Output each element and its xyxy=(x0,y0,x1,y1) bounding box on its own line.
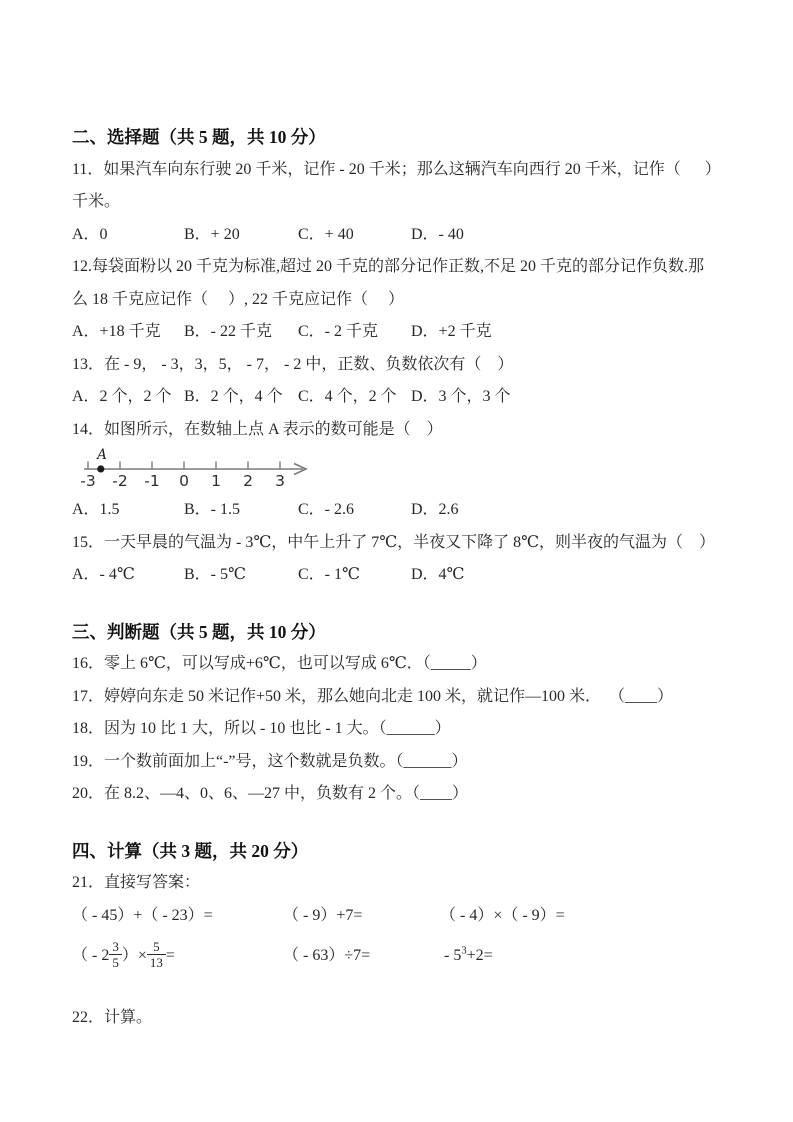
question-13-option-a: A．2 个，2 个 xyxy=(72,381,184,414)
number-line-figure: A -3 -2 -1 0 1 2 3 xyxy=(72,448,733,490)
tick-label: -3 xyxy=(80,472,95,490)
question-12-options: A．+18 千克 B．- 22 千克 C．- 2 千克 D．+2 千克 xyxy=(72,316,733,349)
q21-expression-6: - 53+2= xyxy=(440,932,733,980)
question-11-line2: 千米。 xyxy=(72,186,733,219)
question-13-option-c: C．4 个，2 个 xyxy=(298,381,411,414)
question-12-line2: 么 18 千克应记作（ ）, 22 千克应记作（ ） xyxy=(72,284,733,317)
q21-expression-2: （ - 9）+7= xyxy=(283,900,440,933)
question-14-option-d: D．2.6 xyxy=(411,494,733,527)
point-a-dot xyxy=(97,465,104,472)
point-a-label: A xyxy=(95,448,107,463)
question-15-option-c: C．- 1℃ xyxy=(298,559,411,592)
question-14-option-a: A．1.5 xyxy=(72,494,184,527)
q21-expression-4: （ - 235）×513= xyxy=(72,932,283,980)
tick-label: -1 xyxy=(144,472,159,490)
question-11-options: A．0 B．+ 20 C．+ 40 D．- 40 xyxy=(72,219,733,252)
question-12-option-b: B．- 22 千克 xyxy=(184,316,298,349)
question-21-label: 21．直接写答案： xyxy=(72,867,733,900)
exam-document-page: 二、选择题（共 5 题，共 10 分） 11．如果汽车向东行驶 20 千米，记作… xyxy=(0,0,793,1122)
question-15-option-d: D．4℃ xyxy=(411,559,733,592)
tick-label: 0 xyxy=(179,472,189,490)
question-12-option-a: A．+18 千克 xyxy=(72,316,184,349)
question-21-row2: （ - 235）×513= （ - 63）÷7= - 53+2= xyxy=(72,932,733,980)
tick-label: 1 xyxy=(211,472,221,490)
question-12-option-d: D．+2 千克 xyxy=(411,316,733,349)
question-15-option-a: A．- 4℃ xyxy=(72,559,184,592)
fraction-5-13: 513 xyxy=(147,940,166,969)
question-13-option-d: D．3 个，3 个 xyxy=(411,381,733,414)
section-choice-heading: 二、选择题（共 5 题，共 10 分） xyxy=(72,121,733,154)
tick-label: 2 xyxy=(243,472,253,490)
fraction-3-5: 35 xyxy=(109,940,122,969)
number-line-svg: A -3 -2 -1 0 1 2 3 xyxy=(72,448,312,490)
question-14-line1: 14．如图所示，在数轴上点 A 表示的数可能是（ ） xyxy=(72,414,733,447)
q21-expression-1: （ - 45）+（ - 23）= xyxy=(72,900,283,933)
question-11-option-c: C．+ 40 xyxy=(298,219,411,252)
question-15-options: A．- 4℃ B．- 5℃ C．- 1℃ D．4℃ xyxy=(72,559,733,592)
tick-label: -2 xyxy=(112,472,127,490)
question-14-option-c: C．- 2.6 xyxy=(298,494,411,527)
question-22-label: 22．计算。 xyxy=(72,1002,733,1035)
question-15-line1: 15．一天早晨的气温为 - 3℃，中午上升了 7℃，半夜又下降了 8℃，则半夜的… xyxy=(72,527,733,560)
question-17: 17．婷婷向东走 50 米记作+50 米，那么她向北走 100 米，就记作—10… xyxy=(72,681,733,714)
question-18: 18．因为 10 比 1 大，所以 - 10 也比 - 1 大。（______） xyxy=(72,713,733,746)
question-19: 19．一个数前面加上“-”号，这个数就是负数。（______） xyxy=(72,746,733,779)
question-14-options: A．1.5 B．- 1.5 C．- 2.6 D．2.6 xyxy=(72,494,733,527)
question-11-option-b: B．+ 20 xyxy=(184,219,298,252)
question-16: 16．零上 6℃，可以写成+6℃，也可以写成 6℃．（_____） xyxy=(72,648,733,681)
section-calc-heading: 四、计算（共 3 题，共 20 分） xyxy=(72,835,733,868)
question-13-options: A．2 个，2 个 B．2 个，4 个 C．4 个，2 个 D．3 个，3 个 xyxy=(72,381,733,414)
question-12-line1: 12.每袋面粉以 20 千克为标准,超过 20 千克的部分记作正数,不足 20 … xyxy=(72,251,733,284)
question-13-line1: 13．在 - 9， - 3，3，5， - 7， - 2 中，正数、负数依次有（ … xyxy=(72,349,733,382)
question-11-line1: 11．如果汽车向东行驶 20 千米，记作 - 20 千米；那么这辆汽车向西行 2… xyxy=(72,154,733,187)
section-judge-heading: 三、判断题（共 5 题，共 10 分） xyxy=(72,616,733,649)
question-13-option-b: B．2 个，4 个 xyxy=(184,381,298,414)
question-12-option-c: C．- 2 千克 xyxy=(298,316,411,349)
question-11-option-a: A．0 xyxy=(72,219,184,252)
question-20: 20．在 8.2、—4、0、6、—27 中，负数有 2 个。（____） xyxy=(72,778,733,811)
question-21-row1: （ - 45）+（ - 23）= （ - 9）+7= （ - 4）×（ - 9）… xyxy=(72,900,733,933)
q21-expression-3: （ - 4）×（ - 9）= xyxy=(440,900,733,933)
question-14-option-b: B．- 1.5 xyxy=(184,494,298,527)
question-11-option-d: D．- 40 xyxy=(411,219,733,252)
q21-expression-5: （ - 63）÷7= xyxy=(283,932,440,980)
question-15-option-b: B．- 5℃ xyxy=(184,559,298,592)
tick-label: 3 xyxy=(275,472,285,490)
